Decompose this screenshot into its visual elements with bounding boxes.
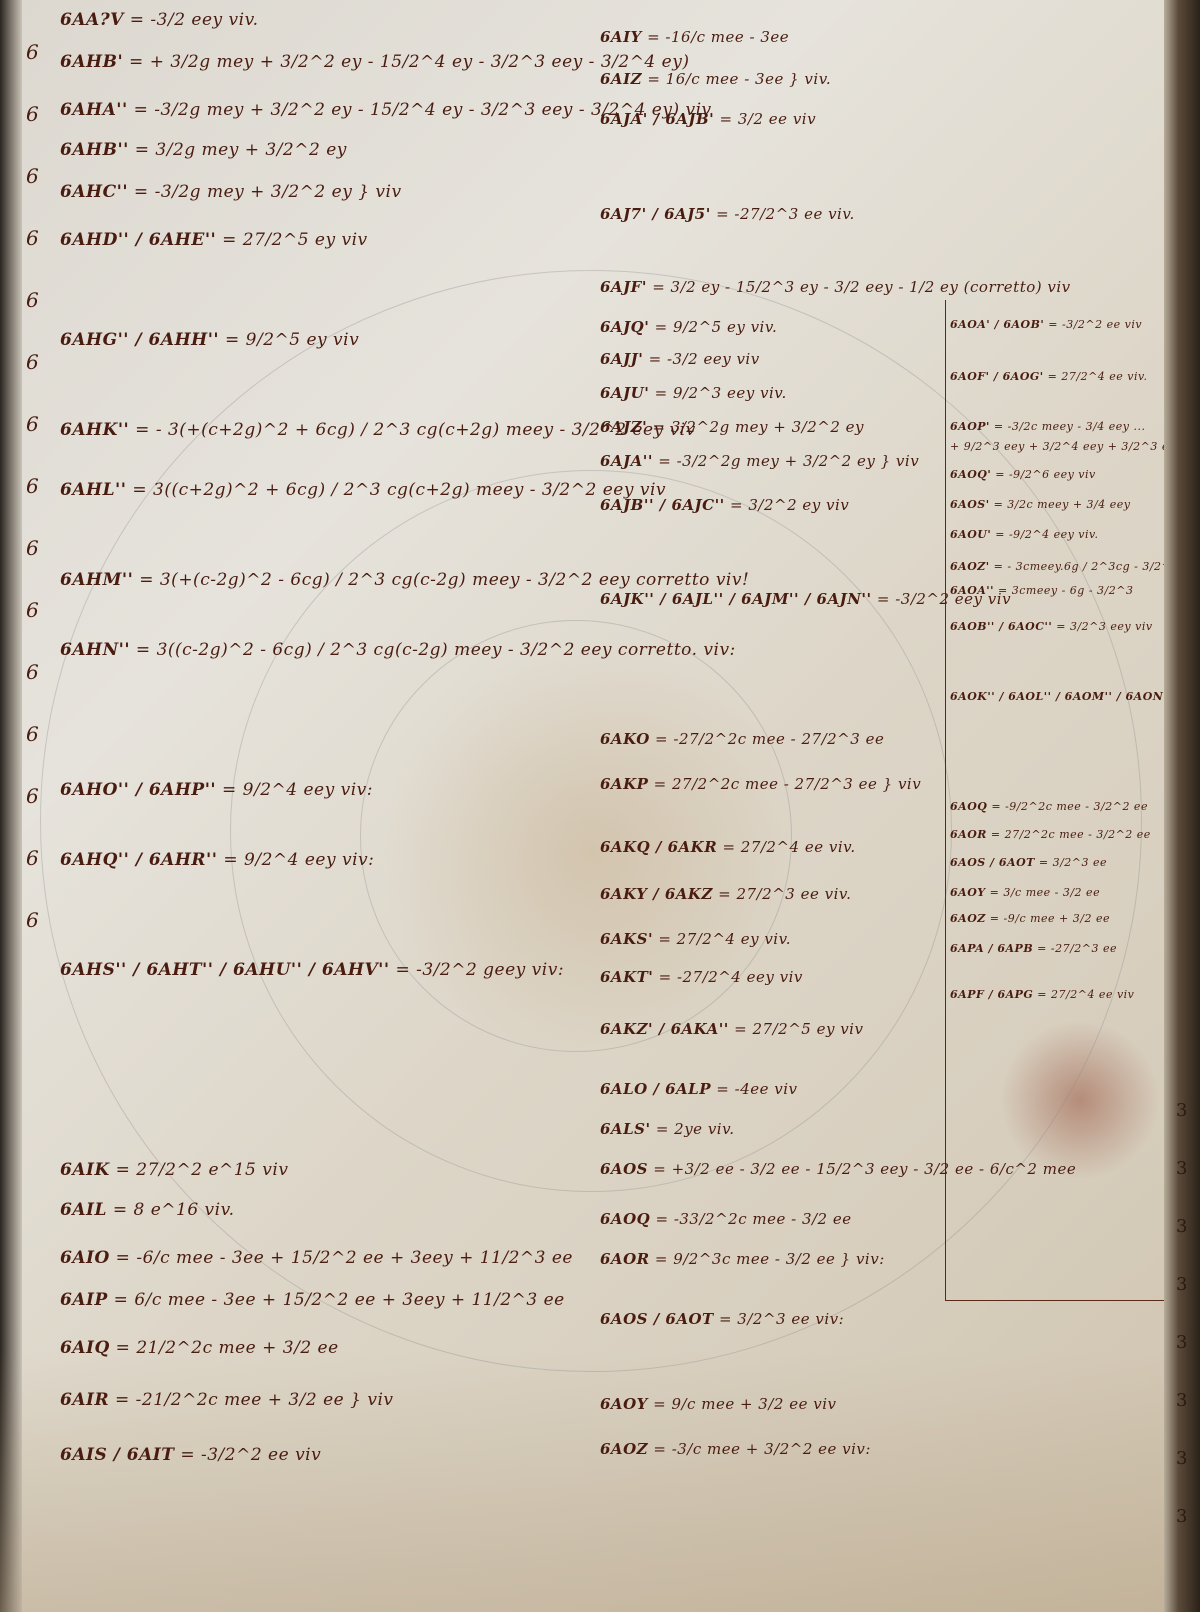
equation-expression: = 3/2 ey - 15/2^3 ey - 3/2 eey - 1/2 ey … <box>647 278 1071 296</box>
equation-line: 6AOB'' / 6AOC'' = 3/2^3 eey viv <box>950 620 1153 633</box>
margin-mark: 3 <box>1176 1448 1187 1469</box>
equation-expression: = -6/c mee - 3ee + 15/2^2 ee + 3eey + 11… <box>110 1248 573 1268</box>
equation-expression: = -3/2^2 ee viv <box>174 1445 321 1465</box>
equation-expression: = 9/2^4 eey viv: <box>216 780 373 800</box>
margin-mark: 6 <box>26 102 39 126</box>
equation-label: 6AHQ'' / 6AHR'' <box>60 850 217 870</box>
equation-label: 6AIQ <box>60 1338 110 1358</box>
equation-expression: = + 3/2g mey + 3/2^2 ey - 15/2^4 ey - 3/… <box>123 52 689 72</box>
equation-expression: = 9/2^3 eey viv. <box>649 384 786 402</box>
margin-mark: 3 <box>1176 1216 1187 1237</box>
equation-label: 6AKQ / 6AKR <box>600 838 717 856</box>
equation-line: 6AJF' = 3/2 ey - 15/2^3 ey - 3/2 eey - 1… <box>600 278 1071 296</box>
equation-label: 6AOK'' / 6AOL'' / 6AOM'' / 6AON'' <box>950 690 1170 703</box>
equation-label: 6AIP <box>60 1290 108 1310</box>
equation-label: 6AIY <box>600 28 642 46</box>
equation-expression: = -9/c mee + 3/2 ee <box>986 912 1110 925</box>
equation-expression: = 3/2^3 ee viv: <box>714 1310 844 1328</box>
equation-label: 6AJB'' / 6AJC'' <box>600 496 725 514</box>
equation-expression: = - 3cmeey.6g / 2^3cg - 3/2^3 eey <box>990 560 1170 573</box>
equation-label: 6AJK'' / 6AJL'' / 6AJM'' / 6AJN'' <box>600 590 872 608</box>
margin-mark: 3 <box>1176 1332 1187 1353</box>
margin-mark: 6 <box>26 164 39 188</box>
margin-mark: 6 <box>26 722 39 746</box>
equation-line: 6AOY = 9/c mee + 3/2 ee viv <box>600 1395 837 1413</box>
margin-mark: 6 <box>26 474 39 498</box>
equation-expression: = 9/2^4 eey viv: <box>217 850 374 870</box>
equation-label: 6AOA'' <box>950 584 994 597</box>
equation-expression: = 27/2^5 ey viv <box>729 1020 864 1038</box>
equation-expression: = 27/2^2 e^15 viv <box>110 1160 289 1180</box>
margin-mark: 6 <box>26 350 39 374</box>
equation-expression: = 3/2^2g mey + 3/2^2 ey <box>647 418 864 436</box>
equation-expression: + 9/2^3 eey + 3/2^4 eey + 3/2^3 eey viv <box>950 440 1170 453</box>
equation-label: 6ALS' <box>600 1120 651 1138</box>
equation-label: 6AKY / 6AKZ <box>600 885 713 903</box>
equation-expression: = 3/2^3 eey viv <box>1052 620 1152 633</box>
equation-label: 6AHG'' / 6AHH'' <box>60 330 219 350</box>
equation-line: 6AHB'' = 3/2g mey + 3/2^2 ey <box>60 140 347 160</box>
equation-label: 6AOY <box>950 886 986 899</box>
equation-label: 6AHB' <box>60 52 123 72</box>
equation-expression: = -27/2^3 ee viv. <box>711 205 855 223</box>
equation-line: 6AIS / 6AIT = -3/2^2 ee viv <box>60 1445 321 1465</box>
equation-label: 6AHA'' <box>60 100 128 120</box>
equation-line: 6AOR = 27/2^2c mee - 3/2^2 ee <box>950 828 1151 841</box>
equation-expression: = 3((c-2g)^2 - 6cg) / 2^3 cg(c-2g) meey … <box>130 640 736 660</box>
equation-label: 6AHO'' / 6AHP'' <box>60 780 216 800</box>
equation-expression: = 27/2^4 ee viv <box>1033 988 1134 1001</box>
watermark-arc <box>360 620 792 1052</box>
equation-line: 6AHM'' = 3(+(c-2g)^2 - 6cg) / 2^3 cg(c-2… <box>60 570 749 590</box>
equation-line: 6AOZ = -3/c mee + 3/2^2 ee viv: <box>600 1440 871 1458</box>
equation-line: 6AHC'' = -3/2g mey + 3/2^2 ey } viv <box>60 182 402 202</box>
equation-line: 6AJ7' / 6AJ5' = -27/2^3 ee viv. <box>600 205 855 223</box>
equation-label: 6AHB'' <box>60 140 129 160</box>
equation-line: 6AKO = -27/2^2c mee - 27/2^3 ee <box>600 730 884 748</box>
equation-expression: = 27/2^2c mee - 27/2^3 ee } viv <box>648 775 921 793</box>
equation-line: 6APA / 6APB = -27/2^3 ee <box>950 942 1117 955</box>
equation-expression: = -9/2^4 eey viv. <box>991 528 1098 541</box>
equation-line: 6AJJ' = -3/2 eey viv <box>600 350 760 368</box>
equation-label: 6AOS / 6AOT <box>950 856 1035 869</box>
equation-label: 6AIK <box>60 1160 110 1180</box>
equation-line: 6AJB'' / 6AJC'' = 3/2^2 ey viv <box>600 496 849 514</box>
equation-expression: = -9/2^6 eey viv <box>991 468 1096 481</box>
equation-label: 6AA?V <box>60 10 124 30</box>
equation-line: 6AKS' = 27/2^4 ey viv. <box>600 930 791 948</box>
margin-mark: 6 <box>26 784 39 808</box>
equation-expression: = 3/c mee - 3/2 ee <box>986 886 1100 899</box>
equation-label: 6AHD'' / 6AHE'' <box>60 230 216 250</box>
equation-label: 6AKT' <box>600 968 653 986</box>
equation-line: 6AOU' = -9/2^4 eey viv. <box>950 528 1098 541</box>
equation-label: 6AOY <box>600 1395 648 1413</box>
equation-expression: = 3/2^3 ee <box>1035 856 1107 869</box>
equation-line: 6AIY = -16/c mee - 3ee <box>600 28 789 46</box>
equation-line: 6AIQ = 21/2^2c mee + 3/2 ee <box>60 1338 339 1358</box>
equation-line: 6AOA' / 6AOB' = -3/2^2 ee viv <box>950 318 1142 331</box>
equation-expression: = -33/2^2c mee - 3/2 ee <box>650 1210 851 1228</box>
equation-expression: = 16/c mee - 3ee } viv. <box>642 70 831 88</box>
equation-line: 6ALS' = 2ye viv. <box>600 1120 735 1138</box>
equation-line: 6AOQ = -9/2^2c mee - 3/2^2 ee <box>950 800 1148 813</box>
manuscript-page: 6AA?V = -3/2 eey viv.6AHB' = + 3/2g mey … <box>0 0 1170 1612</box>
equation-line: 6AOS / 6AOT = 3/2^3 ee viv: <box>600 1310 844 1328</box>
equation-expression: = 9/2^3c mee - 3/2 ee } viv: <box>650 1250 885 1268</box>
equation-label: 6AOR <box>950 828 987 841</box>
equation-label: 6APF / 6APG <box>950 988 1033 1001</box>
margin-mark: 3 <box>1176 1100 1187 1121</box>
equation-expression: = 21/2^2c mee + 3/2 ee <box>110 1338 339 1358</box>
equation-label: 6AKS' <box>600 930 653 948</box>
equation-line: 6AHO'' / 6AHP'' = 9/2^4 eey viv: <box>60 780 373 800</box>
equation-line: 6AOA'' = 3cmeey - 6g - 3/2^3 <box>950 584 1133 597</box>
equation-label: 6AJF' <box>600 278 647 296</box>
equation-expression: = 3(+(c-2g)^2 - 6cg) / 2^3 cg(c-2g) meey… <box>133 570 749 590</box>
equation-line: 6AOP' = -3/2c meey - 3/4 eey ... <box>950 420 1146 433</box>
margin-mark: 6 <box>26 288 39 312</box>
equation-line: 6AHD'' / 6AHE'' = 27/2^5 ey viv <box>60 230 368 250</box>
equation-expression: = 27/2^5 ey viv <box>216 230 367 250</box>
equation-line: 6AJA'' = -3/2^2g mey + 3/2^2 ey } viv <box>600 452 919 470</box>
equation-line: 6AHG'' / 6AHH'' = 9/2^5 ey viv <box>60 330 359 350</box>
equation-line: 6AHL'' = 3((c+2g)^2 + 6cg) / 2^3 cg(c+2g… <box>60 480 666 500</box>
equation-line: 6AKT' = -27/2^4 eey viv <box>600 968 803 986</box>
equation-label: 6AIL <box>60 1200 107 1220</box>
equation-label: 6AIO <box>60 1248 110 1268</box>
equation-label: 6AOR <box>600 1250 650 1268</box>
equation-line: 6AOZ = -9/c mee + 3/2 ee <box>950 912 1110 925</box>
equation-line: 6AJZ' = 3/2^2g mey + 3/2^2 ey <box>600 418 864 436</box>
equation-expression: = 9/2^5 ey viv. <box>649 318 777 336</box>
equation-line: 6AKQ / 6AKR = 27/2^4 ee viv. <box>600 838 856 856</box>
equation-line: 6AOS' = 3/2c meey + 3/4 eey <box>950 498 1130 511</box>
margin-mark: 6 <box>26 846 39 870</box>
equation-line: 6AOQ = -33/2^2c mee - 3/2 ee <box>600 1210 852 1228</box>
page-edge <box>1164 0 1200 1612</box>
equation-label: 6APA / 6APB <box>950 942 1033 955</box>
equation-line: 6APF / 6APG = 27/2^4 ee viv <box>950 988 1134 1001</box>
equation-expression: = 9/2^5 ey viv <box>219 330 359 350</box>
margin-mark: 3 <box>1176 1390 1187 1411</box>
margin-mark: 6 <box>26 536 39 560</box>
equation-expression: = 2ye viv. <box>651 1120 735 1138</box>
equation-line: 6AOF' / 6AOG' = 27/2^4 ee viv. <box>950 370 1147 383</box>
equation-line: 6AIR = -21/2^2c mee + 3/2 ee } viv <box>60 1390 394 1410</box>
equation-expression: = 8 e^16 viv. <box>107 1200 235 1220</box>
equation-expression: = -3/c mee + 3/2^2 ee viv: <box>648 1440 871 1458</box>
equation-label: 6AOS / 6AOT <box>600 1310 714 1328</box>
equation-expression: = -27/2^4 eey viv <box>653 968 802 986</box>
equation-line: 6AIZ = 16/c mee - 3ee } viv. <box>600 70 831 88</box>
equation-expression: = 6/c mee - 3ee + 15/2^2 ee + 3eey + 11/… <box>108 1290 565 1310</box>
equation-label: 6AOQ <box>600 1210 650 1228</box>
equation-line: 6AHB' = + 3/2g mey + 3/2^2 ey - 15/2^4 e… <box>60 52 689 72</box>
equation-label: 6AOS' <box>950 498 990 511</box>
equation-label: 6AHM'' <box>60 570 133 590</box>
margin-mark: 3 <box>1176 1506 1187 1527</box>
equation-expression: = -3/2^2g mey + 3/2^2 ey } viv <box>653 452 919 470</box>
equation-line: 6AOS = +3/2 ee - 3/2 ee - 15/2^3 eey - 3… <box>600 1160 1076 1178</box>
equation-expression: = -21/2^2c mee + 3/2 ee } viv <box>109 1390 393 1410</box>
equation-label: 6AJZ' <box>600 418 647 436</box>
equation-expression: = -3/2 eey viv. <box>124 10 259 30</box>
equation-expression: = -3/2c meey - 3/4 eey ... <box>990 420 1146 433</box>
equation-expression: = 3/2^2 ey viv <box>725 496 850 514</box>
equation-label: 6AKZ' / 6AKA'' <box>600 1020 729 1038</box>
equation-label: 6AJA'' <box>600 452 653 470</box>
equation-line: 6AKZ' / 6AKA'' = 27/2^5 ey viv <box>600 1020 863 1038</box>
equation-line: 6AOS / 6AOT = 3/2^3 ee <box>950 856 1107 869</box>
margin-mark: 6 <box>26 412 39 436</box>
equation-label: 6AKO <box>600 730 650 748</box>
equation-expression: = -27/2^2c mee - 27/2^3 ee <box>650 730 885 748</box>
equation-expression: = 3/2g mey + 3/2^2 ey <box>129 140 347 160</box>
equation-label: 6AIS / 6AIT <box>60 1445 174 1465</box>
equation-label: 6AOF' / 6AOG' <box>950 370 1044 383</box>
equation-expression: = 27/2^3 ee viv. <box>713 885 851 903</box>
margin-mark: 6 <box>26 40 39 64</box>
equation-line: 6AOR = 9/2^3c mee - 3/2 ee } viv: <box>600 1250 885 1268</box>
equation-expression: = 3cmeey - 6g - 3/2^3 <box>994 584 1133 597</box>
equation-expression: = -3/2g mey + 3/2^2 ey } viv <box>128 182 402 202</box>
equation-line: 6AIO = -6/c mee - 3ee + 15/2^2 ee + 3eey… <box>60 1248 573 1268</box>
equation-label: 6AJU' <box>600 384 649 402</box>
equation-expression: = 9/c mee + 3/2 ee viv <box>648 1395 837 1413</box>
margin-mark: 6 <box>26 226 39 250</box>
equation-label: 6AOZ' <box>950 560 990 573</box>
equation-expression: = +3/2 ee - 3/2 ee - 15/2^3 eey - 3/2 ee… <box>648 1160 1076 1178</box>
equation-line: 6AOZ' = - 3cmeey.6g / 2^3cg - 3/2^3 eey <box>950 560 1170 573</box>
equation-line: 6AHQ'' / 6AHR'' = 9/2^4 eey viv: <box>60 850 374 870</box>
equation-label: 6AOQ' <box>950 468 991 481</box>
margin-mark: 3 <box>1176 1158 1187 1179</box>
equation-expression: = -3/2^2 geey viv: <box>390 960 565 980</box>
equation-label: 6AIR <box>60 1390 109 1410</box>
equation-label: 6AOZ <box>600 1440 648 1458</box>
equation-line: 6AIP = 6/c mee - 3ee + 15/2^2 ee + 3eey … <box>60 1290 565 1310</box>
equation-expression: = 27/2^4 ee viv. <box>717 838 855 856</box>
equation-line: 6AIL = 8 e^16 viv. <box>60 1200 235 1220</box>
equation-line: 6AOK'' / 6AOL'' / 6AOM'' / 6AON'' = 3/2^… <box>950 690 1170 703</box>
equation-line: 6AOY = 3/c mee - 3/2 ee <box>950 886 1100 899</box>
equation-label: 6AOA' / 6AOB' <box>950 318 1044 331</box>
equation-label: 6AJJ' <box>600 350 643 368</box>
equation-expression: = -16/c mee - 3ee <box>642 28 789 46</box>
equation-line: 6AJA' / 6AJB' = 3/2 ee viv <box>600 110 816 128</box>
margin-mark: 6 <box>26 598 39 622</box>
equation-line: 6AHN'' = 3((c-2g)^2 - 6cg) / 2^3 cg(c-2g… <box>60 640 736 660</box>
equation-label: 6AOZ <box>950 912 986 925</box>
equation-line: 6ALO / 6ALP = -4ee viv <box>600 1080 798 1098</box>
equation-label: 6AOS <box>600 1160 648 1178</box>
equation-line: 6AJU' = 9/2^3 eey viv. <box>600 384 787 402</box>
equation-expression: = 27/2^2c mee - 3/2^2 ee <box>987 828 1151 841</box>
margin-mark: 6 <box>26 660 39 684</box>
equation-line: + 9/2^3 eey + 3/2^4 eey + 3/2^3 eey viv <box>950 440 1170 453</box>
equation-label: 6AOP' <box>950 420 990 433</box>
equation-expression: = 3/2c meey + 3/4 eey <box>990 498 1131 511</box>
equation-label: 6AIZ <box>600 70 642 88</box>
equation-label: 6AKP <box>600 775 648 793</box>
equation-label: 6AJA' / 6AJB' <box>600 110 714 128</box>
margin-mark: 6 <box>26 908 39 932</box>
equation-label: 6ALO / 6ALP <box>600 1080 711 1098</box>
equation-label: 6AJ7' / 6AJ5' <box>600 205 711 223</box>
equation-label: 6AHK'' <box>60 420 129 440</box>
equation-line: 6AOQ' = -9/2^6 eey viv <box>950 468 1096 481</box>
margin-mark: 3 <box>1176 1274 1187 1295</box>
equation-line: 6AKY / 6AKZ = 27/2^3 ee viv. <box>600 885 851 903</box>
equation-label: 6AHL'' <box>60 480 126 500</box>
equation-label: 6AOQ <box>950 800 987 813</box>
equation-expression: = 3((c+2g)^2 + 6cg) / 2^3 cg(c+2g) meey … <box>126 480 666 500</box>
equation-expression: = -27/2^3 ee <box>1033 942 1117 955</box>
equation-label: 6AHS'' / 6AHT'' / 6AHU'' / 6AHV'' <box>60 960 390 980</box>
equation-expression: = -9/2^2c mee - 3/2^2 ee <box>987 800 1148 813</box>
equation-line: 6AHS'' / 6AHT'' / 6AHU'' / 6AHV'' = -3/2… <box>60 960 564 980</box>
equation-line: 6AKP = 27/2^2c mee - 27/2^3 ee } viv <box>600 775 921 793</box>
equation-expression: = -3/2^2 ee viv <box>1044 318 1142 331</box>
equation-label: 6AJQ' <box>600 318 649 336</box>
equation-line: 6AJQ' = 9/2^5 ey viv. <box>600 318 777 336</box>
equation-line: 6AIK = 27/2^2 e^15 viv <box>60 1160 288 1180</box>
equation-expression: = 27/2^4 ey viv. <box>653 930 791 948</box>
equation-expression: = -3/2 eey viv <box>643 350 759 368</box>
equation-label: 6AOB'' / 6AOC'' <box>950 620 1052 633</box>
equation-line: 6AA?V = -3/2 eey viv. <box>60 10 259 30</box>
equation-expression: = -4ee viv <box>711 1080 797 1098</box>
equation-label: 6AHN'' <box>60 640 130 660</box>
equation-label: 6AHC'' <box>60 182 128 202</box>
equation-label: 6AOU' <box>950 528 991 541</box>
equation-expression: = 27/2^4 ee viv. <box>1044 370 1148 383</box>
equation-expression: = 3/2 ee viv <box>714 110 816 128</box>
